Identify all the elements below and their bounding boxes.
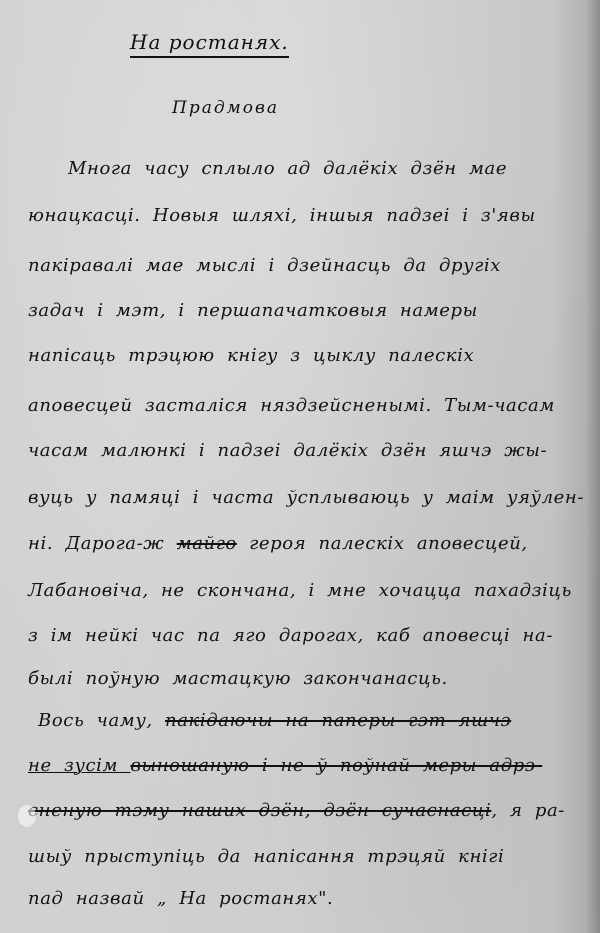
manuscript-line: Многа часу сплыло ад далёкіх дзён мае [68, 158, 600, 179]
manuscript-subtitle: Прадмова [172, 98, 279, 118]
line-text: пакіравалі мае мыслі і дзейнасць да друг… [28, 255, 501, 276]
struck-text: выношаную і не ў поўнай меры адрэ- [130, 755, 542, 776]
line-text: пад назвай „ На ростанях". [28, 888, 333, 909]
line-text: героя палескіх аповесцей, [237, 533, 528, 554]
manuscript-line: былі поўную мастацкую закончанасць. [28, 668, 588, 689]
manuscript-line: часам малюнкі і падзеі далёкіх дзён яшчэ… [28, 440, 588, 461]
line-text: шыў прыступіць да напісання трэцяй кнігі [28, 846, 504, 867]
line-text: Лабановіча, не скончана, і мне хочацца п… [28, 580, 572, 601]
manuscript-line: з ім нейкі час па яго дарогах, каб апове… [28, 625, 588, 646]
underlined-text: не зусім [28, 755, 130, 776]
line-text: аповесцей засталіся няздзейсненымі. Тым-… [28, 395, 555, 416]
line-text: Многа часу сплыло ад далёкіх дзён мае [68, 158, 507, 179]
line-text: юнацкасці. Новыя шляхі, іншыя падзеі і з… [28, 205, 536, 226]
line-text: з ім нейкі час па яго дарогах, каб апове… [28, 625, 553, 646]
manuscript-line: напісаць трэцюю кнігу з цыклу палескіх [28, 345, 588, 366]
manuscript-line: ні. Дарога-ж майго героя палескіх аповес… [28, 533, 588, 554]
line-text: напісаць трэцюю кнігу з цыклу палескіх [28, 345, 474, 366]
manuscript-line: задач і мэт, і першапачатковыя намеры [28, 300, 588, 321]
manuscript-line: не зусім выношаную і не ў поўнай меры ад… [28, 755, 588, 776]
struck-text: пакідаючы на паперы гэт яшчэ [165, 710, 511, 731]
manuscript-line: Лабановіча, не скончана, і мне хочацца п… [28, 580, 588, 601]
line-text: , я ра- [491, 800, 565, 821]
line-text: ні. Дарога-ж [28, 533, 177, 554]
manuscript-title: На ростанях. [130, 30, 289, 54]
line-text: часам малюнкі і падзеі далёкіх дзён яшчэ… [28, 440, 547, 461]
manuscript-line: шыў прыступіць да напісання трэцяй кнігі [28, 846, 588, 867]
manuscript-line: аповесцей засталіся няздзейсненымі. Тым-… [28, 395, 588, 416]
line-text: былі поўную мастацкую закончанасць. [28, 668, 448, 689]
struck-text: сненую тэму наших дзён, дзён сучаснасці [28, 800, 491, 821]
manuscript-line: пакіравалі мае мыслі і дзейнасць да друг… [28, 255, 588, 276]
manuscript-page: На ростанях. Прадмова Многа часу сплыло … [0, 0, 600, 933]
manuscript-line: Вось чаму, пакідаючы на паперы гэт яшчэ [38, 710, 598, 731]
line-text: вуць у памяці і часта ўсплываюць у маім … [28, 487, 584, 508]
paper-smudge [18, 805, 36, 827]
page-edge-shadow [586, 0, 600, 933]
struck-text: майго [177, 533, 237, 554]
manuscript-line: сненую тэму наших дзён, дзён сучаснасці,… [28, 800, 588, 821]
line-text: задач і мэт, і першапачатковыя намеры [28, 300, 478, 321]
manuscript-line: пад назвай „ На ростанях". [28, 888, 588, 909]
line-text: Вось чаму, [38, 710, 165, 731]
manuscript-line: юнацкасці. Новыя шляхі, іншыя падзеі і з… [28, 205, 588, 226]
manuscript-line: вуць у памяці і часта ўсплываюць у маім … [28, 487, 588, 508]
